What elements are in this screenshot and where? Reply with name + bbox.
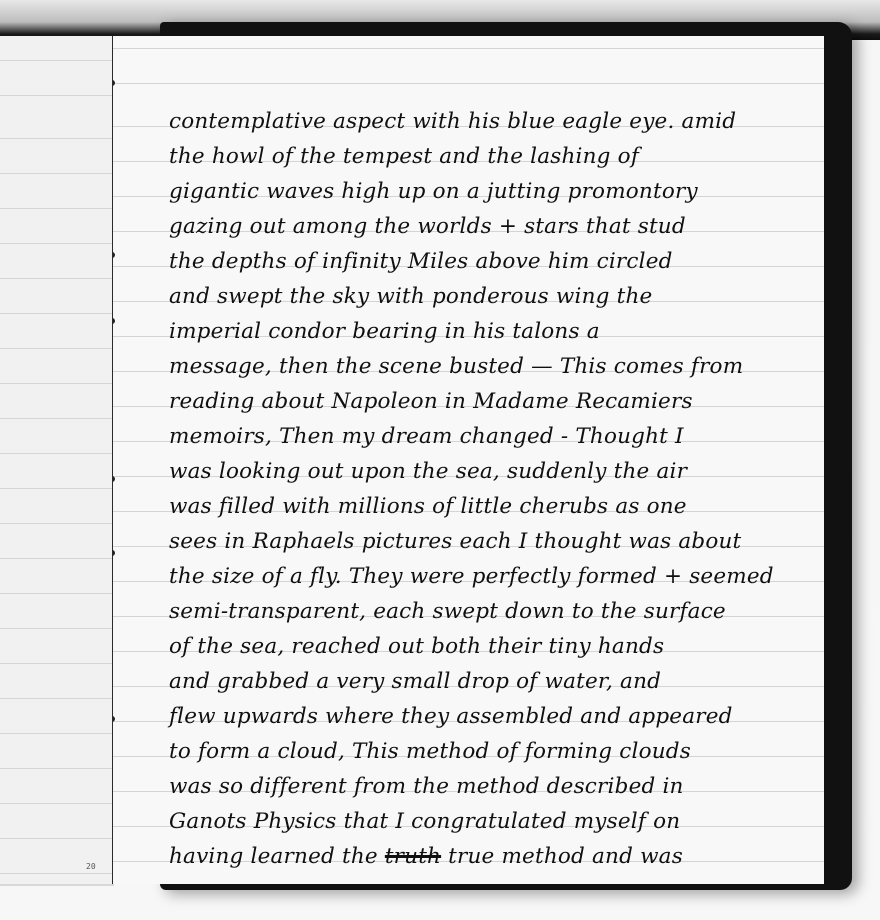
right-page: contemplative aspect with his blue eagle…	[112, 36, 824, 884]
text-fragment: having learned the	[169, 844, 385, 869]
text-line: message, then the scene busted — This co…	[169, 349, 819, 384]
text-line: the depths of infinity Miles above him c…	[169, 244, 819, 279]
ruled-lines	[0, 36, 114, 884]
handwritten-text: contemplative aspect with his blue eagle…	[169, 104, 819, 874]
text-line: the size of a fly. They were perfectly f…	[169, 559, 819, 594]
text-line: and swept the sky with ponderous wing th…	[169, 279, 819, 314]
text-line: Ganots Physics that I congratulated myse…	[169, 804, 819, 839]
left-page: 20	[0, 36, 114, 886]
text-line: memoirs, Then my dream changed - Thought…	[169, 419, 819, 454]
text-line: was looking out upon the sea, suddenly t…	[169, 454, 819, 489]
text-line: was filled with millions of little cheru…	[169, 489, 819, 524]
scanned-notebook-spread: 20 contemplative aspect with his blue ea…	[0, 0, 880, 920]
page-number: 20	[86, 862, 96, 871]
text-line: sees in Raphaels pictures each I thought…	[169, 524, 819, 559]
text-line: of the sea, reached out both their tiny …	[169, 629, 819, 664]
text-line: the howl of the tempest and the lashing …	[169, 139, 819, 174]
text-line: reading about Napoleon in Madame Recamie…	[169, 384, 819, 419]
text-line: contemplative aspect with his blue eagle…	[169, 104, 819, 139]
struck-out-word: truth	[385, 844, 441, 869]
text-line: imperial condor bearing in his talons a	[169, 314, 819, 349]
text-fragment: true method and was	[441, 844, 683, 869]
text-line: flew upwards where they assembled and ap…	[169, 699, 819, 734]
text-line: and grabbed a very small drop of water, …	[169, 664, 819, 699]
text-line: gigantic waves high up on a jutting prom…	[169, 174, 819, 209]
text-line: was so different from the method describ…	[169, 769, 819, 804]
text-line: semi-transparent, each swept down to the…	[169, 594, 819, 629]
text-line-last: having learned the truth true method and…	[169, 839, 819, 874]
text-line: gazing out among the worlds + stars that…	[169, 209, 819, 244]
text-line: to form a cloud, This method of forming …	[169, 734, 819, 769]
